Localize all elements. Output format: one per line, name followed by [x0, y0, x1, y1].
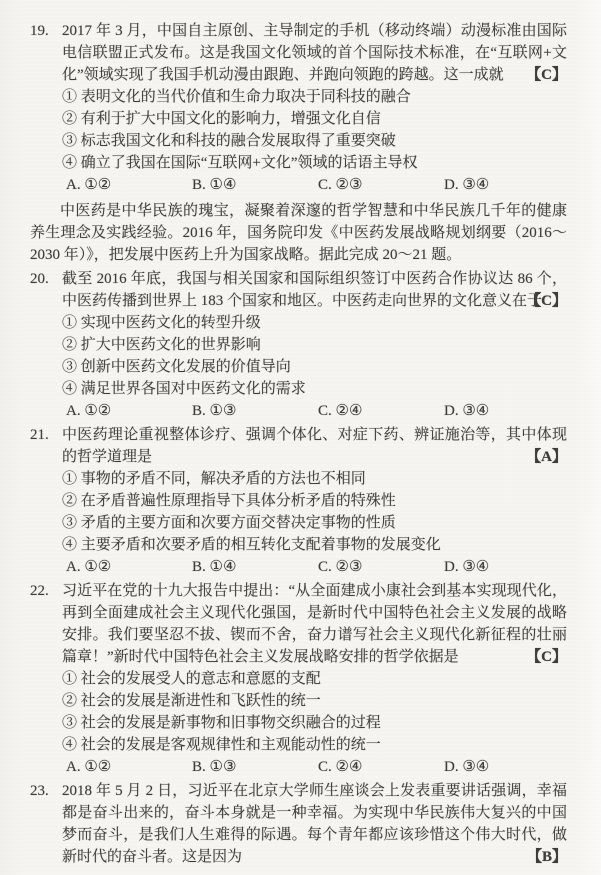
statement-item: ① 社会的发展受人的意志和意愿的支配 — [62, 668, 567, 690]
choice-a: A. ①② — [62, 400, 188, 422]
statement-item: ① 实现中医药文化的转型升级 — [62, 312, 567, 334]
question-23: 23. 2018 年 5 月 2 日，习近平在北京大学师生座谈会上发表重要讲话强… — [0, 780, 601, 868]
question-number: 23. — [30, 780, 49, 802]
passage-text: 中医药是中华民族的瑰宝，凝聚着深邃的哲学智慧和中华民族几千年的健康养生理念及实践… — [0, 200, 601, 266]
choices-row: A. ①② B. ①④ C. ②③ D. ③④ — [62, 556, 567, 578]
answer-marker: 【C】 — [526, 646, 567, 668]
statement-item: ③ 矛盾的主要方面和次要方面交替决定事物的性质 — [62, 512, 567, 534]
question-stem-text: 截至 2016 年底，我国与相关国家和国际组织签订中医药合作协议达 86 个，中… — [62, 271, 567, 309]
question-stem-text: 2018 年 5 月 2 日，习近平在北京大学师生座谈会上发表重要讲话强调，幸福… — [62, 783, 567, 865]
choices-row: A. ①② B. ①③ C. ②④ D. ③④ — [62, 400, 567, 422]
answer-marker: 【B】 — [527, 846, 567, 868]
statement-item: ③ 社会的发展是新事物和旧事物交织融合的过程 — [62, 712, 567, 734]
choice-a: A. ①② — [62, 556, 188, 578]
statement-item: ④ 社会的发展是客观规律性和主观能动性的统一 — [62, 734, 567, 756]
choice-d: D. ③④ — [440, 756, 489, 778]
question-number: 21. — [30, 424, 49, 446]
question-19: 19. 2017 年 3 月，中国自主原创、主导制定的手机（移动终端）动漫标准由… — [0, 20, 601, 196]
question-stem-text: 2017 年 3 月，中国自主原创、主导制定的手机（移动终端）动漫标准由国际电信… — [62, 23, 567, 83]
answer-marker: 【A】 — [526, 446, 567, 468]
question-number: 19. — [30, 20, 49, 42]
choices-row: A. ①② B. ①③ C. ②④ D. ③④ — [62, 756, 567, 778]
choice-d: D. ③④ — [440, 400, 489, 422]
choice-c: C. ②③ — [314, 174, 440, 196]
statement-item: ① 表明文化的当代价值和生命力取决于同科技的融合 — [62, 86, 567, 108]
choice-b: B. ①④ — [188, 174, 314, 196]
choice-c: C. ②④ — [314, 400, 440, 422]
statement-item: ③ 标志我国文化和科技的融合发展取得了重要突破 — [62, 130, 567, 152]
choice-b: B. ①③ — [188, 400, 314, 422]
statement-item: ④ 确立了我国在国际“互联网+文化”领域的话语主导权 — [62, 152, 567, 174]
question-21: 21. 中医药理论重视整体诊疗、强调个体化、对症下药、辨证施治等，其中体现的哲学… — [0, 424, 601, 578]
choice-b: B. ①③ — [188, 756, 314, 778]
answer-marker: 【C】 — [526, 290, 567, 312]
choice-b: B. ①④ — [188, 556, 314, 578]
question-number: 22. — [30, 580, 49, 602]
answer-marker: 【C】 — [526, 64, 567, 86]
statement-item: ② 有利于扩大中国文化的影响力，增强文化自信 — [62, 108, 567, 130]
question-stem: 2018 年 5 月 2 日，习近平在北京大学师生座谈会上发表重要讲话强调，幸福… — [62, 780, 567, 868]
statement-item: ③ 创新中医药文化发展的价值导向 — [62, 356, 567, 378]
choice-d: D. ③④ — [440, 556, 489, 578]
question-stem-text: 习近平在党的十九大报告中提出：“从全面建成小康社会到基本实现现代化，再到全面建成… — [62, 583, 567, 665]
question-stem-text: 中医药理论重视整体诊疗、强调个体化、对症下药、辨证施治等，其中体现的哲学道理是 — [62, 427, 567, 465]
choice-a: A. ①② — [62, 174, 188, 196]
statement-item: ④ 满足世界各国对中医药文化的需求 — [62, 378, 567, 400]
question-number: 20. — [30, 268, 49, 290]
choice-d: D. ③④ — [440, 174, 489, 196]
statement-item: ④ 主要矛盾和次要矛盾的相互转化支配着事物的发展变化 — [62, 534, 567, 556]
question-20: 20. 截至 2016 年底，我国与相关国家和国际组织签订中医药合作协议达 86… — [0, 268, 601, 422]
question-stem: 中医药理论重视整体诊疗、强调个体化、对症下药、辨证施治等，其中体现的哲学道理是【… — [62, 424, 567, 468]
question-22: 22. 习近平在党的十九大报告中提出：“从全面建成小康社会到基本实现现代化，再到… — [0, 580, 601, 778]
choice-c: C. ②③ — [314, 556, 440, 578]
choice-a: A. ①② — [62, 756, 188, 778]
statement-item: ② 社会的发展是渐进性和飞跃性的统一 — [62, 690, 567, 712]
question-stem: 截至 2016 年底，我国与相关国家和国际组织签订中医药合作协议达 86 个，中… — [62, 268, 567, 312]
statement-item: ① 事物的矛盾不同，解决矛盾的方法也不相同 — [62, 468, 567, 490]
question-stem: 习近平在党的十九大报告中提出：“从全面建成小康社会到基本实现现代化，再到全面建成… — [62, 580, 567, 668]
choices-row: A. ①② B. ①④ C. ②③ D. ③④ — [62, 174, 567, 196]
question-stem: 2017 年 3 月，中国自主原创、主导制定的手机（移动终端）动漫标准由国际电信… — [62, 20, 567, 86]
statement-item: ② 扩大中医药文化的世界影响 — [62, 334, 567, 356]
statement-item: ② 在矛盾普遍性原理指导下具体分析矛盾的特殊性 — [62, 490, 567, 512]
exam-page: 19. 2017 年 3 月，中国自主原创、主导制定的手机（移动终端）动漫标准由… — [0, 0, 601, 875]
choice-c: C. ②④ — [314, 756, 440, 778]
